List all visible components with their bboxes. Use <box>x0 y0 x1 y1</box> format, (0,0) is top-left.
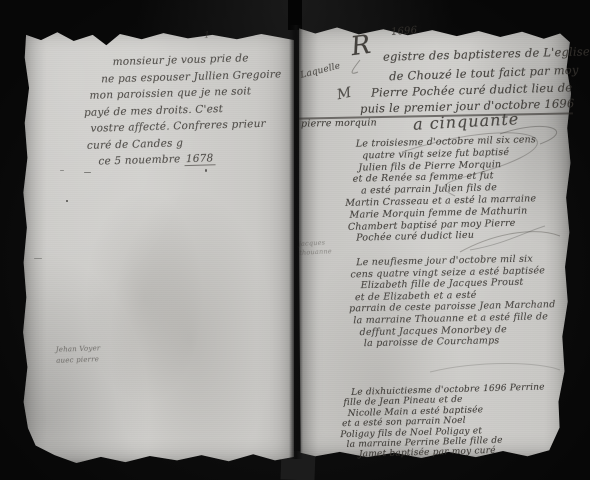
ink-speck <box>66 200 68 202</box>
ink-speck <box>205 169 207 172</box>
ink-speck <box>60 170 64 171</box>
year-header: 1696 <box>391 25 418 38</box>
left-margin-note: Jehan Voyer auec pierre <box>56 343 101 367</box>
letter-date-year: 1678 <box>184 152 216 166</box>
manuscript-scan: 1 monsieur je vous prie de ne pas espous… <box>0 0 590 480</box>
title-initial: R <box>349 32 372 60</box>
entry2-margin-note: jacques thouanne <box>299 238 332 257</box>
ink-speck <box>84 172 91 173</box>
entry1-margin-name: pierre morquin <box>301 117 377 129</box>
title-paraph-mark: M <box>335 85 353 104</box>
ink-speck <box>34 258 42 259</box>
margin-note-line: thouanne <box>299 247 332 257</box>
baptism-entry: Le dixhuictiesme d'octobre 1696 Perrine … <box>337 382 571 461</box>
margin-note-line: auec pierre <box>56 354 101 367</box>
baptism-entry: Le troisiesme d'octobre mil six cens qua… <box>344 133 583 245</box>
baptism-entry: Le neufiesme jour d'octobre mil six cens… <box>346 253 580 351</box>
left-page-letter: monsieur je vous prie de ne pas espouser… <box>82 49 293 170</box>
left-page-mark: 1 <box>204 31 210 41</box>
letter-date-prefix: ce 5 nouembre <box>98 153 180 167</box>
